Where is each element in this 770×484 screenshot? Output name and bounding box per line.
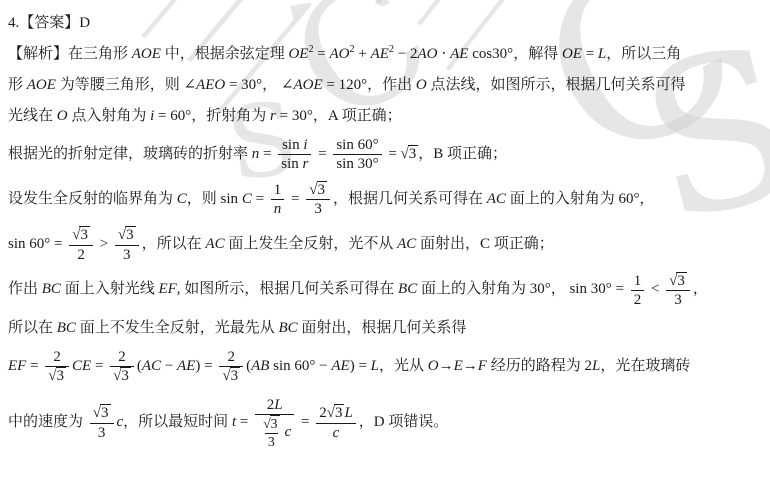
total-reflection-line: sin 60° = √32 > √33，所以在 AC 面上发生全反射，光不从 A… [8,222,766,267]
math-text: 3 [126,227,134,243]
fraction-denominator: c [316,423,356,442]
sqrt-radical: √3 [93,404,111,422]
math-variable: c [333,425,340,441]
math-variable: O [416,77,427,93]
cjk-text: ，根据几何关系可得在 [333,190,487,210]
math-text: 3 [123,247,131,263]
sqrt-radical: √3 [263,415,279,433]
math-variable: AEO [196,77,225,93]
math-variable: OE [562,46,582,62]
fraction-numerator: √3 [306,181,330,199]
cjk-text: 面上不发生全反射，光最先从 [76,320,279,336]
math-text: ∠ [281,77,294,93]
math-text: 1 [274,182,282,198]
math-text: → [439,357,454,377]
math-text: 1 [634,273,642,289]
fraction: √33 [115,226,139,263]
cjk-text: ， [693,280,708,300]
math-text: ) = [195,357,216,377]
math-text: − [161,357,177,377]
math-variable: L [592,357,600,377]
math-text: = 30° [276,108,313,124]
fraction-numerator: √3 [260,415,282,433]
math-variable: AC [487,190,506,210]
math-variable: n [252,145,260,165]
sqrt-radical: √3 [401,145,419,165]
fraction-numerator: 2 [110,348,134,366]
refractive-index-line: 根据光的折射定律，玻璃砖的折射率 n = sin isin r = sin 60… [8,132,766,177]
math-variable: c [117,413,124,433]
sqrt-radical: √3 [72,226,90,244]
radicand: 3 [676,272,687,290]
math-text: 3 [409,146,417,162]
math-variable: L [274,397,282,413]
fraction: 2L√33c [255,396,294,450]
math-variable: c [285,424,292,440]
cjk-text: ，光从 [379,357,428,377]
math-text: = [91,357,107,377]
fraction-numerator: 2√3L [316,404,356,422]
fraction-numerator: √3 [115,226,139,244]
radicand: 3 [125,226,136,244]
math-variable: OE [288,46,308,62]
fraction-denominator: sin 30° [333,154,381,173]
math-text: 3 [335,405,343,421]
cjk-text: 面上的入射角为 30°， [417,280,569,300]
math-variable: L [598,46,606,62]
fraction: 2√3 [219,348,243,385]
radicand: 3 [408,145,419,163]
math-text: 3 [314,201,322,217]
math-text: 2 [227,349,235,365]
math-text: 2 [319,405,327,421]
cjk-text: ，则 [187,190,221,210]
path-length-line: EF = 2√3CE = 2√3(AC − AE) = 2√3(AB sin 6… [8,344,766,389]
fraction-denominator: √3 [219,366,243,385]
fraction-numerator: 2 [219,348,243,366]
math-variable: AO [330,46,350,62]
math-variable: AE [331,357,349,377]
fraction-denominator: n [271,199,285,218]
cjk-text: 如图所示，根据几何关系可得在 [184,280,398,300]
math-variable: BC [398,280,417,300]
incidence-angle-line: 光线在 O 点入射角为 i = 60°，折射角为 r = 30°，A 项正确； [8,101,766,132]
solution-content: 4.【答案】D【解析】在三角形 AOE 中，根据余弦定理 OE2 = AO2 +… [0,0,770,457]
math-variable: AC [205,235,224,255]
cjk-text: 面上发生全反射，光不从 [225,235,398,255]
cjk-text: ，光在玻璃砖 [600,357,690,377]
math-variable: EF [8,357,26,377]
fraction-numerator: 2 [45,348,69,366]
fraction-denominator: √3 [110,366,134,385]
math-text: 3 [318,182,326,198]
math-text: = [582,46,598,62]
radicand: 3 [334,404,345,422]
cjk-text: 【解析】在三角形 [8,46,132,62]
fraction-denominator: √3 [45,366,69,385]
math-variable: CE [72,357,91,377]
fraction: 1n [271,181,285,218]
math-text: − 2 [394,46,417,62]
cjk-text: ，B 项正确； [418,145,507,165]
math-text: < [647,280,663,300]
math-variable: AE [177,357,195,377]
math-text: = 120° [323,77,367,93]
math-text: sin 60° = [8,235,66,255]
math-text: 3 [231,368,239,384]
cjk-text: 中的速度为 [8,413,87,433]
fraction-numerator: 1 [631,272,645,290]
math-variable: r [303,156,309,172]
math-variable: i [303,137,307,153]
cjk-text: 作出 [8,280,42,300]
math-variable: AOE [294,77,323,93]
solution-page: 三SC三CS 4.【答案】D【解析】在三角形 AOE 中，根据余弦定理 OE2 … [0,0,770,484]
math-text: cos30° [468,46,513,62]
cjk-text: 中，根据余弦定理 [161,46,289,62]
math-variable: L [344,405,352,421]
math-text: 2 [53,349,61,365]
fraction: 2√3 [110,348,134,385]
cjk-text: 为等腰三角形，则 [56,77,184,93]
math-variable: C [177,190,187,210]
math-text: sin 30° [336,156,378,172]
cjk-text: 经历的路程为 2 [487,357,592,377]
math-variable: AOE [132,46,161,62]
math-text: sin [281,156,302,172]
cjk-text: ，解得 [513,46,562,62]
cosine-rule-line: 【解析】在三角形 AOE 中，根据余弦定理 OE2 = AO2 + AE2 − … [8,39,766,70]
fraction-denominator: 3 [265,433,278,451]
math-variable: O [428,357,439,377]
sqrt-radical: √3 [113,367,131,385]
math-text: sin 60° [336,137,378,153]
math-text: 2 [77,247,85,263]
bc-incidence-line: 作出 BC 面上入射光线 EF, 如图所示，根据几何关系可得在 BC 面上的入射… [8,268,766,313]
math-text: 4. [8,15,19,31]
math-text: = [259,145,275,165]
math-text: 3 [121,368,129,384]
sqrt-radical: √3 [118,226,136,244]
fraction: √33 [306,181,330,218]
math-text: sin [221,190,242,210]
cjk-text: 面射出，根据几何关系得 [298,320,467,336]
math-variable: BC [57,320,76,336]
radicand: 3 [100,404,111,422]
math-text: ) = [350,357,371,377]
math-text: → [463,357,478,377]
cjk-text: ，所以三角 [606,46,681,62]
fraction-numerator: sin i [278,136,311,154]
math-text: = [252,190,268,210]
cjk-text: ，所以在 [142,235,206,255]
math-text: > [96,235,112,255]
cjk-text: ， [262,77,281,93]
cjk-text: 形 [8,77,27,93]
cjk-text: 点入射角为 [68,108,151,124]
cjk-text: 光线在 [8,108,57,124]
cjk-text: 面上的入射角为 60°， [506,190,655,210]
math-text: = 60° [154,108,191,124]
cjk-text: ，所以最短时间 [123,413,232,433]
fraction: √33 [666,272,690,309]
math-text: D [79,15,90,31]
triangle-angles-line: 形 AOE 为等腰三角形，则 ∠AEO = 30°， ∠AOE = 120°，作… [8,70,766,101]
fraction-numerator: 2L [255,396,294,414]
bc-no-reflection-line: 所以在 BC 面上不发生全反射，光最先从 BC 面射出，根据几何关系得 [8,313,766,344]
math-text: 3 [57,368,65,384]
fraction-denominator: sin r [278,154,311,173]
sqrt-radical: √3 [309,181,327,199]
math-variable: BC [278,320,297,336]
fraction: √33 [90,404,114,441]
cjk-text: 设发生全反射的临界角为 [8,190,177,210]
math-text: 3 [98,425,106,441]
math-text: 3 [271,416,278,431]
math-text: 3 [677,273,685,289]
math-variable: AC [397,235,416,255]
math-text: = [314,145,330,165]
math-variable: AO [417,46,437,62]
fraction-denominator: 3 [666,290,690,309]
fraction-denominator: 3 [90,423,114,442]
fraction: sin isin r [278,136,311,173]
cjk-text: 所以在 [8,320,57,336]
math-text: , [177,280,185,300]
fraction-denominator: 3 [115,245,139,264]
math-text: = [297,413,313,433]
cjk-text: ，折射角为 [191,108,270,124]
math-variable: AE [371,46,389,62]
radicand: 3 [120,367,131,385]
cjk-text: 面上入射光线 [61,280,159,300]
math-variable: F [478,357,487,377]
cjk-text: 【答案】 [19,15,79,31]
math-variable: n [274,201,282,217]
math-text: = [314,46,330,62]
math-variable: AB [251,357,269,377]
math-text: = [26,357,42,377]
math-variable: AE [450,46,468,62]
sqrt-radical: √3 [48,367,66,385]
math-text: 2 [634,292,642,308]
math-text: 3 [80,227,88,243]
math-text: 3 [674,292,682,308]
shortest-time-line: 中的速度为 √33c，所以最短时间 t = 2L√33c = 2√3Lc，D 项… [8,389,766,457]
radicand: 3 [79,226,90,244]
fraction: 12 [631,272,645,309]
fraction: √32 [69,226,93,263]
math-text: + [355,46,371,62]
cjk-text: 面射出，C 项正确； [416,235,554,255]
math-text: ⋅ [437,46,450,62]
radicand: 3 [270,415,280,432]
math-text: 3 [101,405,109,421]
fraction-numerator: sin 60° [333,136,381,154]
fraction: √33 [260,415,282,450]
radicand: 3 [56,367,67,385]
math-variable: O [57,108,68,124]
math-variable: BC [42,280,61,300]
cjk-text: ，D 项错误。 [359,413,449,433]
radicand: 3 [317,181,328,199]
math-text: sin 30° = [569,280,627,300]
cjk-text: 根据光的折射定律，玻璃砖的折射率 [8,145,252,165]
math-text: 3 [268,434,275,449]
math-variable: E [454,357,463,377]
math-text: sin [282,137,303,153]
fraction-denominator: 2 [631,290,645,309]
fraction-numerator: √3 [666,272,690,290]
fraction-numerator: 1 [271,181,285,199]
math-text: sin 60° − [269,357,331,377]
math-text: = [385,145,401,165]
critical-angle-line: 设发生全反射的临界角为 C，则 sin C = 1n = √33，根据几何关系可… [8,177,766,222]
fraction: 2√3Lc [316,404,356,441]
math-variable: C [242,190,252,210]
fraction-denominator: 3 [306,199,330,218]
fraction-numerator: √3 [69,226,93,244]
math-text: ∠ [183,77,196,93]
fraction: 2√3 [45,348,69,385]
math-variable: EF [158,280,176,300]
math-text: = [287,190,303,210]
fraction: sin 60°sin 30° [333,136,381,173]
math-text: = [236,413,252,433]
sqrt-radical: √3 [222,367,240,385]
sqrt-radical: √3 [669,272,687,290]
math-variable: L [371,357,379,377]
radicand: 3 [230,367,241,385]
cjk-text: ，作出 [367,77,416,93]
math-text: 2 [118,349,126,365]
answer-line: 4.【答案】D [8,8,766,39]
sqrt-radical: √3 [327,404,345,422]
fraction-numerator: √3 [90,404,114,422]
cjk-text: 点法线，如图所示，根据几何关系可得 [427,77,686,93]
math-text: = 30° [225,77,262,93]
cjk-text: ，A 项正确； [313,108,402,124]
math-variable: AOE [27,77,56,93]
fraction-denominator: 2 [69,245,93,264]
math-variable: AC [142,357,161,377]
fraction-denominator: √33c [255,414,294,450]
